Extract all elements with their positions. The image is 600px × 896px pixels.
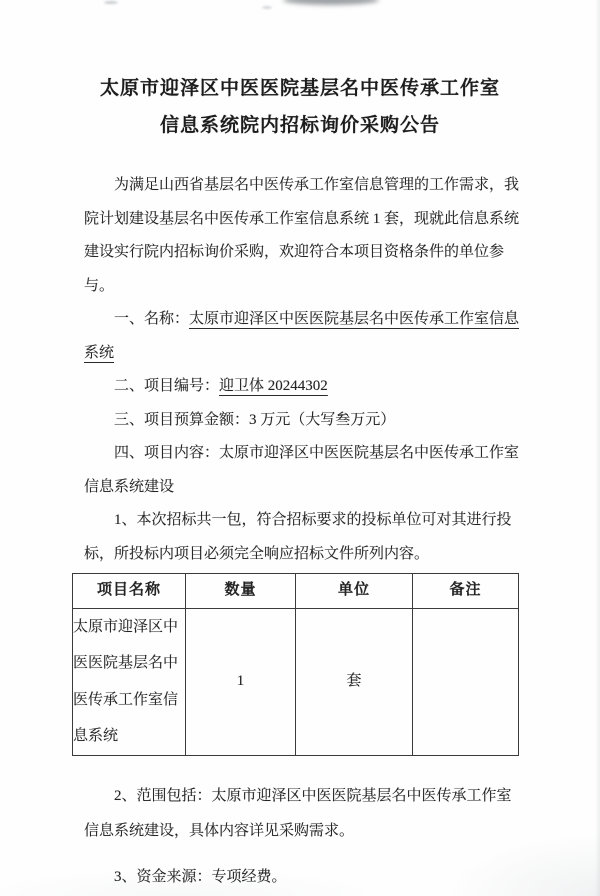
document-title-line1: 太原市迎泽区中医医院基层名中医传承工作室: [0, 70, 600, 107]
table-cell-quantity: 1: [186, 608, 296, 755]
item-budget-label: 三、项目预算金额：: [114, 412, 249, 428]
table-cell-unit: 套: [296, 608, 413, 755]
item-project-number-label: 二、项目编号：: [114, 378, 219, 394]
document-title-line2: 信息系统院内招标询价采购公告: [0, 107, 600, 144]
table-header-project-name: 项目名称: [73, 574, 186, 609]
item-project-number-value: 迎卫体 20244302: [219, 378, 328, 394]
document-body: 为满足山西省基层名中医传承工作室信息管理的工作需求，我院计划建设基层名中医传承工…: [84, 169, 526, 894]
table-header-quantity: 数量: [186, 574, 296, 609]
item-budget: 三、项目预算金额：3 万元（大写叁万元）: [84, 404, 526, 438]
table-header-unit: 单位: [296, 574, 413, 609]
item-project-number: 二、项目编号：迎卫体 20244302: [84, 370, 526, 404]
table-row: 太原市迎泽区中医医院基层名中医传承工作室信息系统 1 套: [73, 608, 519, 755]
table-header-row: 项目名称 数量 单位 备注: [73, 574, 519, 609]
table-header-note: 备注: [413, 574, 519, 609]
item-budget-value: 3 万元（大写叁万元）: [249, 412, 395, 428]
clause-3: 3、资金来源：专项经费。: [84, 861, 526, 895]
intro-paragraph: 为满足山西省基层名中医传承工作室信息管理的工作需求，我院计划建设基层名中医传承工…: [84, 169, 526, 303]
item-content-label: 四、项目内容：: [114, 445, 219, 461]
scanned-document-page: 太原市迎泽区中医医院基层名中医传承工作室 信息系统院内招标询价采购公告 为满足山…: [0, 0, 600, 896]
items-table: 项目名称 数量 单位 备注 太原市迎泽区中医医院基层名中医传承工作室信息系统 1…: [72, 573, 519, 756]
document-title: 太原市迎泽区中医医院基层名中医传承工作室 信息系统院内招标询价采购公告: [0, 0, 600, 144]
scan-speck-artifact: [262, 6, 272, 9]
table-cell-project-name: 太原市迎泽区中医医院基层名中医传承工作室信息系统: [73, 608, 186, 755]
item-project-name: 一、名称：太原市迎泽区中医医院基层名中医传承工作室信息系统: [84, 303, 526, 370]
scan-speck-artifact: [104, 1, 118, 4]
item-content: 四、项目内容：太原市迎泽区中医医院基层名中医传承工作室信息系统建设: [84, 437, 526, 504]
clause-2: 2、范围包括：太原市迎泽区中医医院基层名中医传承工作室信息系统建设，具体内容详见…: [84, 779, 526, 849]
table-cell-note: [413, 608, 519, 755]
clause-1: 1、本次招标共一包，符合招标要求的投标单位可对其进行投标，所投标内项目必须完全响…: [84, 504, 526, 571]
item-project-name-label: 一、名称：: [114, 311, 189, 327]
